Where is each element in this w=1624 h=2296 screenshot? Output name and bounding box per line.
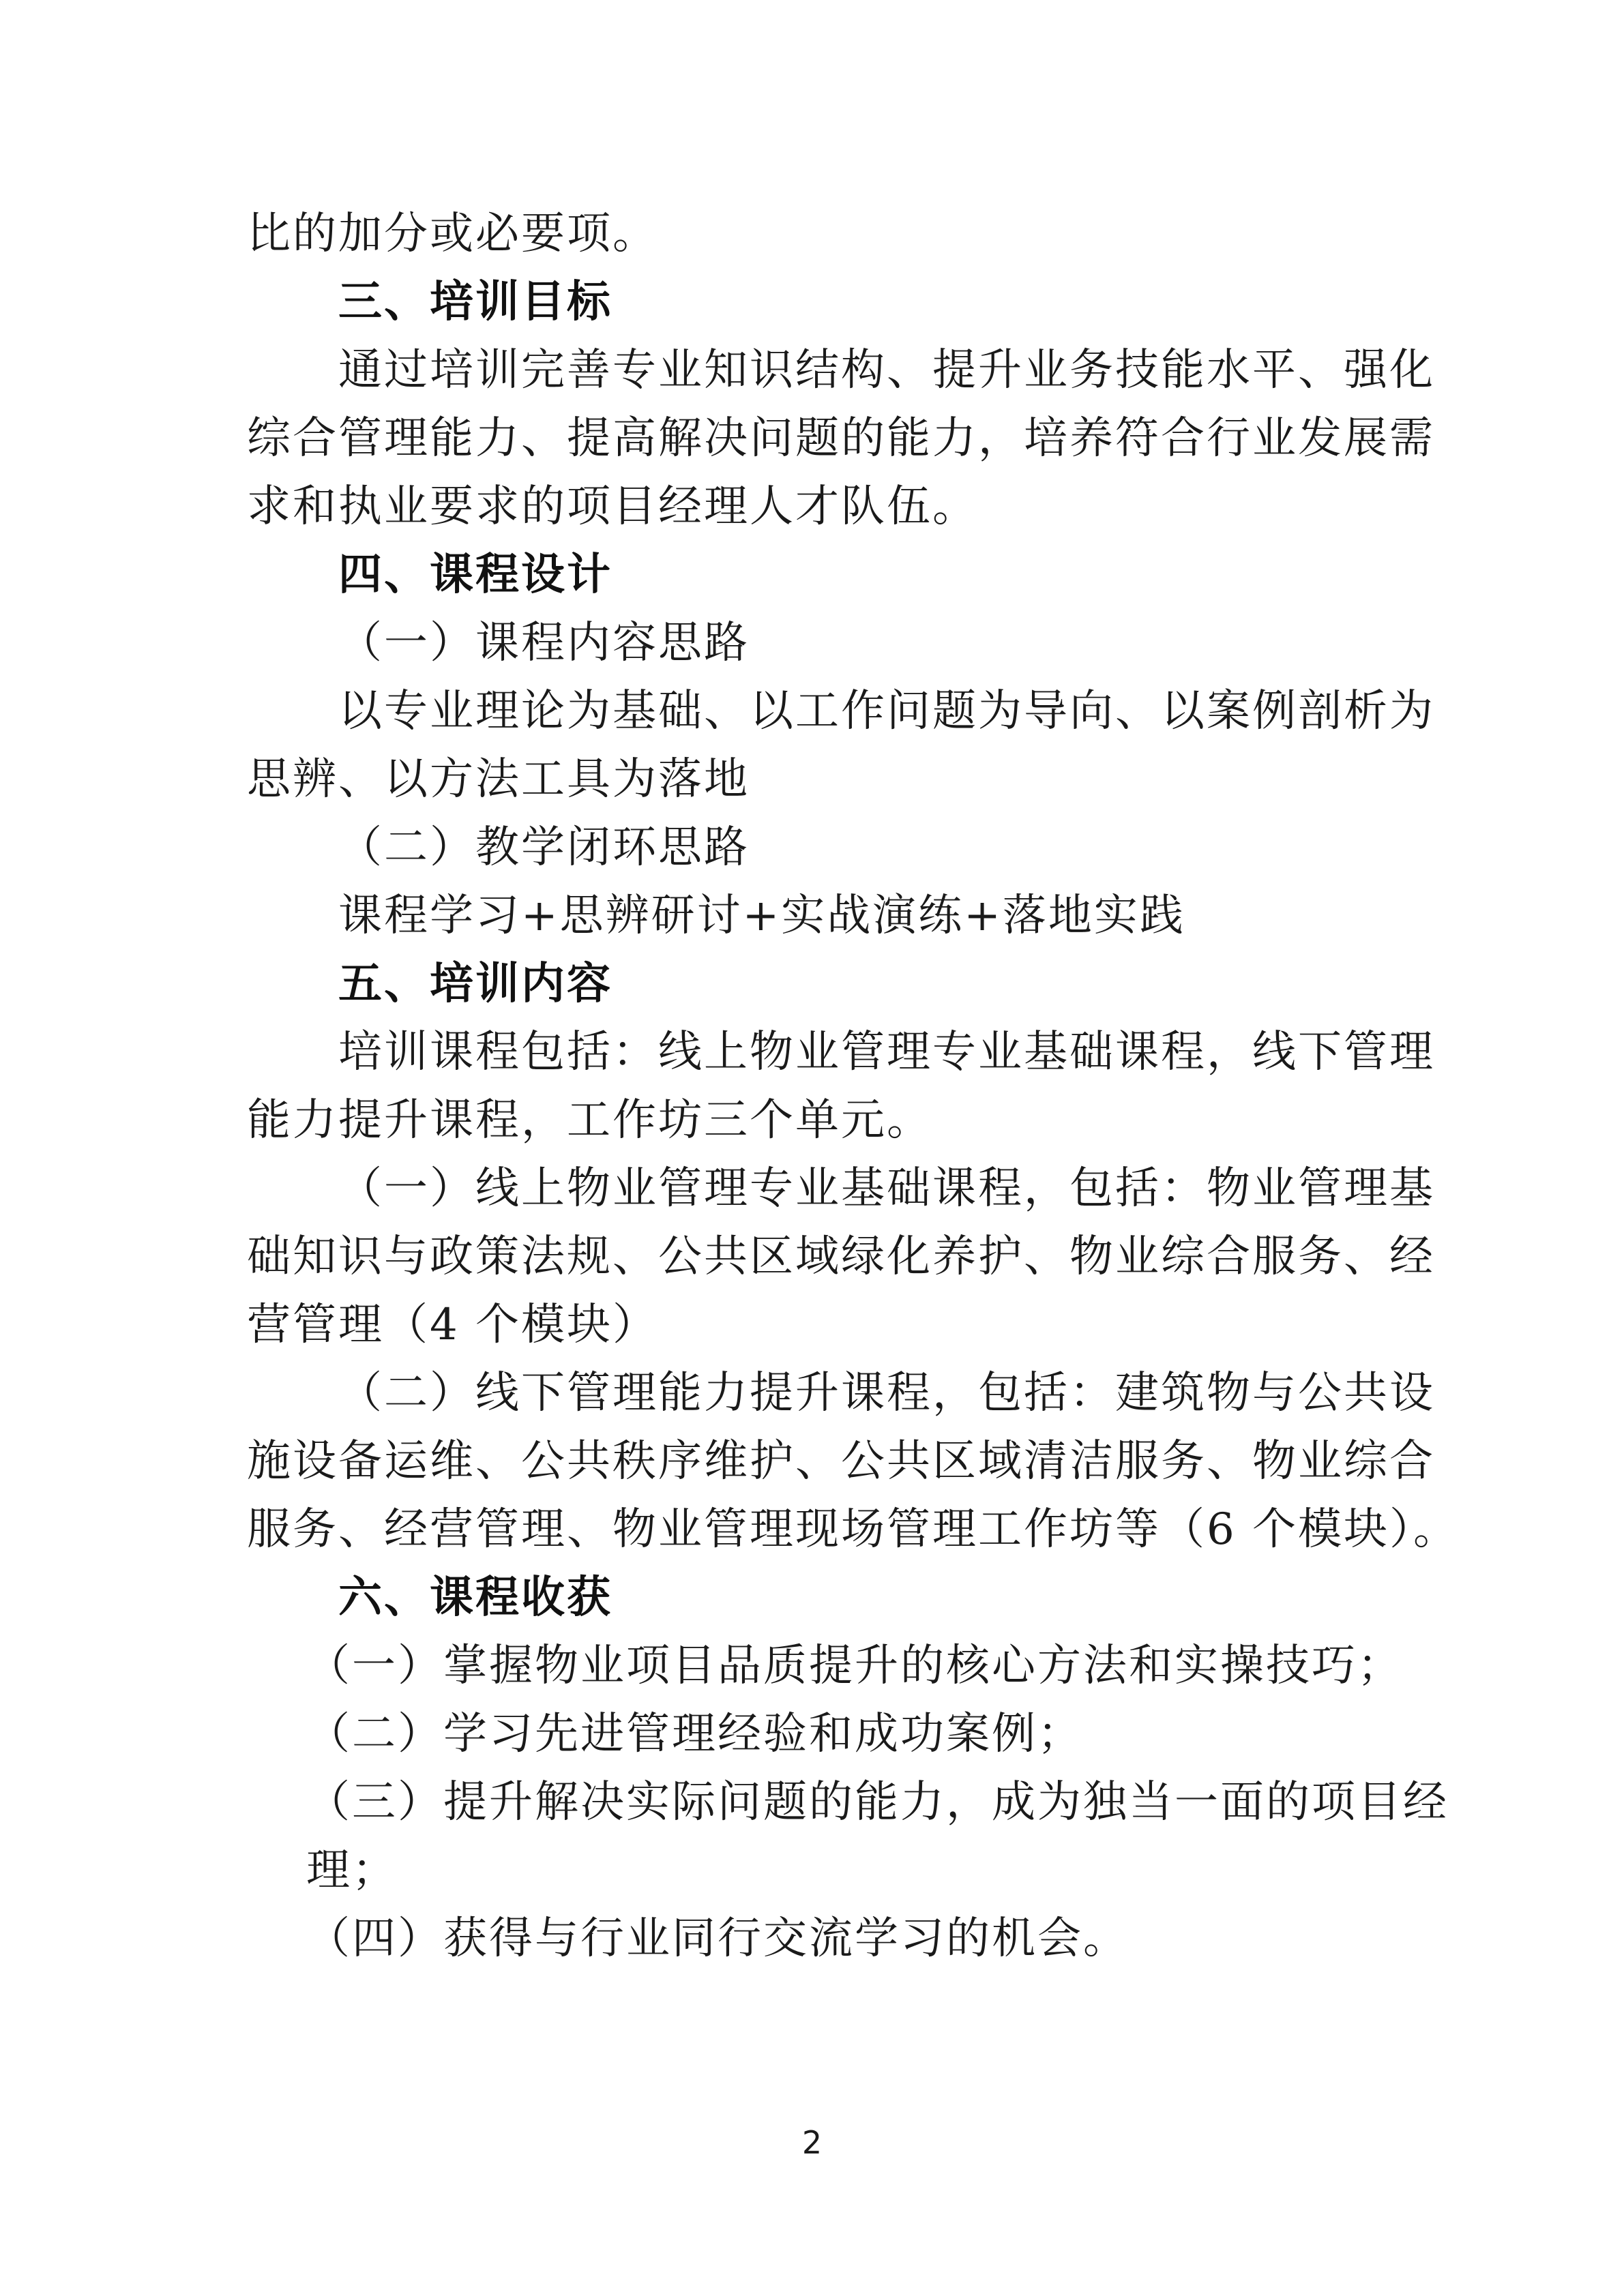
paragraph-line: 营管理（4 个模块）	[247, 1291, 1461, 1359]
paragraph-line: 综合管理能力、提高解决问题的能力，培养符合行业发展需	[247, 404, 1461, 473]
section-heading: 六、课程收获	[247, 1564, 1461, 1632]
page-number: 2	[802, 2124, 822, 2161]
section-heading: 五、培训内容	[247, 950, 1461, 1018]
paragraph-line: 通过培训完善专业知识结构、提升业务技能水平、强化	[247, 336, 1461, 404]
paragraph-line: （一）线上物业管理专业基础课程，包括：物业管理基	[247, 1154, 1461, 1223]
paragraph-line: 课程学习+思辨研讨+实战演练+落地实践	[247, 882, 1461, 950]
paragraph-line: 理；	[247, 1836, 1461, 1905]
section-heading: 三、培训目标	[247, 268, 1461, 336]
section-heading: 四、课程设计	[247, 541, 1461, 609]
paragraph-line: 求和执业要求的项目经理人才队伍。	[247, 473, 1461, 541]
paragraph-line: 比的加分或必要项。	[247, 200, 1461, 268]
paragraph-line: 础知识与政策法规、公共区域绿化养护、物业综合服务、经	[247, 1223, 1461, 1291]
paragraph-line: （三）提升解决实际问题的能力，成为独当一面的项目经	[247, 1768, 1461, 1836]
document-body: 比的加分或必要项。三、培训目标通过培训完善专业知识结构、提升业务技能水平、强化综…	[247, 200, 1461, 1973]
paragraph-line: （一）课程内容思路	[247, 609, 1461, 677]
paragraph-line: （一）掌握物业项目品质提升的核心方法和实操技巧；	[247, 1632, 1461, 1700]
page-footer: 2	[0, 2122, 1624, 2163]
paragraph-line: （二）线下管理能力提升课程，包括：建筑物与公共设	[247, 1359, 1461, 1427]
paragraph-line: 以专业理论为基础、以工作问题为导向、以案例剖析为	[247, 677, 1461, 745]
paragraph-line: 培训课程包括：线上物业管理专业基础课程，线下管理	[247, 1018, 1461, 1086]
paragraph-line: 服务、经营管理、物业管理现场管理工作坊等（6 个模块）。	[247, 1495, 1461, 1564]
paragraph-line: 能力提升课程，工作坊三个单元。	[247, 1086, 1461, 1154]
paragraph-line: （二）学习先进管理经验和成功案例；	[247, 1700, 1461, 1768]
paragraph-line: 思辨、以方法工具为落地	[247, 745, 1461, 814]
paragraph-line: （四）获得与行业同行交流学习的机会。	[247, 1905, 1461, 1973]
document-page: 比的加分或必要项。三、培训目标通过培训完善专业知识结构、提升业务技能水平、强化综…	[0, 0, 1624, 2296]
paragraph-line: （二）教学闭环思路	[247, 814, 1461, 882]
paragraph-line: 施设备运维、公共秩序维护、公共区域清洁服务、物业综合	[247, 1427, 1461, 1495]
